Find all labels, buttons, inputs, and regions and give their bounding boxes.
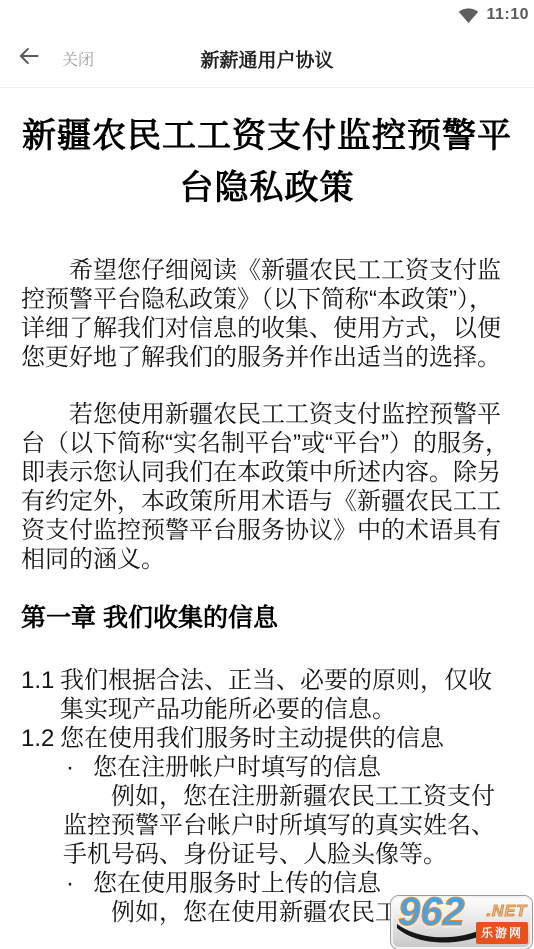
list-item-number: 1.2 bbox=[21, 724, 60, 753]
list-item-text: 我们根据合法、正当、必要的原则，仅收集实现产品功能所必要的信息。 bbox=[60, 666, 513, 724]
list-item-text: 您在使用我们服务时主动提供的信息 bbox=[60, 724, 513, 753]
bullet-item: · 您在注册帐户时填写的信息 bbox=[63, 753, 513, 782]
list-item-number: 1.1 bbox=[21, 666, 60, 724]
app-screen: 11:10 关闭 新薪通用户协议 新疆农民工工资支付监控预警平台隐私政策 希望您… bbox=[0, 0, 534, 949]
page-title: 新薪通用户协议 bbox=[200, 45, 333, 72]
list-item: 1.1 我们根据合法、正当、必要的原则，仅收集实现产品功能所必要的信息。 bbox=[21, 666, 513, 724]
document-title: 新疆农民工工资支付监控预警平台隐私政策 bbox=[21, 110, 513, 214]
close-button[interactable]: 关闭 bbox=[62, 47, 94, 70]
bullet-text: 您在注册帐户时填写的信息 bbox=[93, 753, 513, 782]
list-item: 1.2 您在使用我们服务时主动提供的信息 bbox=[21, 724, 513, 753]
policy-document[interactable]: 新疆农民工工资支付监控预警平台隐私政策 希望您仔细阅读《新疆农民工工资支付监控预… bbox=[0, 88, 534, 927]
bullet-dot: · bbox=[63, 753, 93, 782]
intro-paragraph: 若您使用新疆农民工工资支付监控预警平台（以下简称“实名制平台”或“平台”）的服务… bbox=[21, 400, 513, 574]
status-time: 11:10 bbox=[486, 6, 529, 24]
watermark-site-label: 乐游网 bbox=[476, 922, 528, 944]
nav-bar: 关闭 新薪通用户协议 bbox=[0, 30, 534, 88]
bullet-dot: · bbox=[63, 869, 93, 898]
wifi-icon bbox=[458, 7, 479, 24]
watermark-logo: 962 .NET 乐游网 bbox=[391, 896, 532, 949]
intro-paragraph: 希望您仔细阅读《新疆农民工工资支付监控预警平台隐私政策》（以下简称“本政策”），… bbox=[21, 256, 513, 372]
back-button[interactable] bbox=[16, 43, 42, 74]
example-paragraph: 例如，您在注册新疆农民工工资支付监控预警平台帐户时所填写的真实姓名、手机号码、身… bbox=[63, 782, 513, 869]
back-arrow-icon bbox=[16, 43, 42, 74]
watermark-net-label: .NET bbox=[487, 903, 527, 921]
status-bar: 11:10 bbox=[0, 0, 534, 30]
chapter-heading: 第一章 我们收集的信息 bbox=[21, 602, 513, 634]
